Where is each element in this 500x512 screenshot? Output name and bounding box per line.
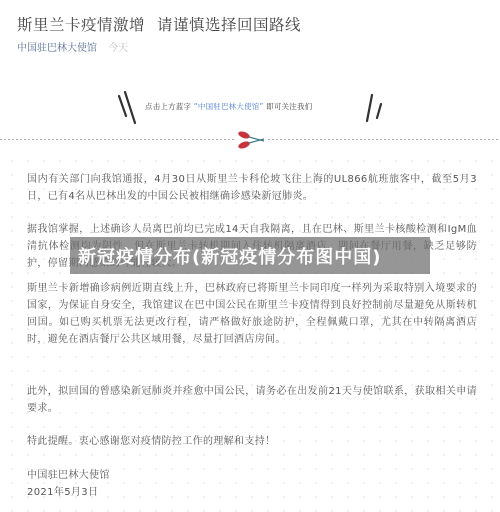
follow-text: 点击上方蓝字 “中国驻巴林大使馆” 即可关注我们 xyxy=(145,101,312,112)
publish-time: 今天 xyxy=(108,43,128,54)
signature-name: 中国驻巴林大使馆 xyxy=(27,466,110,481)
follow-banner: 点击上方蓝字 “中国驻巴林大使馆” 即可关注我们 xyxy=(0,90,500,130)
paragraph-5: 特此提醒。衷心感谢您对疫情防控工作的理解和支持！ xyxy=(27,433,477,450)
article-header: 斯里兰卡疫情激增请谨慎选择回国路线 中国驻巴林大使馆 今天 xyxy=(17,14,490,56)
title-part-1: 斯里兰卡疫情激增 xyxy=(17,16,145,34)
overlay-title-banner: 新冠疫情分布(新冠疫情分布图中国) xyxy=(70,237,430,274)
scissors-icon xyxy=(236,129,268,151)
follow-prefix: 点击上方蓝字 xyxy=(145,102,191,111)
account-name-link[interactable]: 中国驻巴林大使馆 xyxy=(17,43,97,54)
overlay-title: 新冠疫情分布(新冠疫情分布图中国) xyxy=(78,243,381,269)
follow-account-link[interactable]: “中国驻巴林大使馆” xyxy=(194,102,264,111)
article-title: 斯里兰卡疫情激增请谨慎选择回国路线 xyxy=(17,14,490,36)
double-slash-icon xyxy=(364,92,386,126)
paragraph-1: 国内有关部门向我馆通报，4月30日从斯里兰卡科伦坡飞往上海的UL866航班旅客中… xyxy=(27,171,477,205)
double-slash-icon xyxy=(116,90,140,130)
signature-date: 2021年5月3日 xyxy=(27,483,98,498)
paragraph-4: 此外，拟回国的曾感染新冠肺炎并痊愈中国公民，请务必在出发前21天与使馆联系，获取… xyxy=(27,383,477,417)
follow-suffix: 即可关注我们 xyxy=(266,102,312,111)
title-part-2: 请谨慎选择回国路线 xyxy=(157,16,301,34)
paragraph-3: 斯里兰卡新增确诊病例近期直线上升，巴林政府已将斯里兰卡同印度一样列为采取特别入境… xyxy=(27,280,477,348)
article-meta: 中国驻巴林大使馆 今天 xyxy=(17,42,490,56)
